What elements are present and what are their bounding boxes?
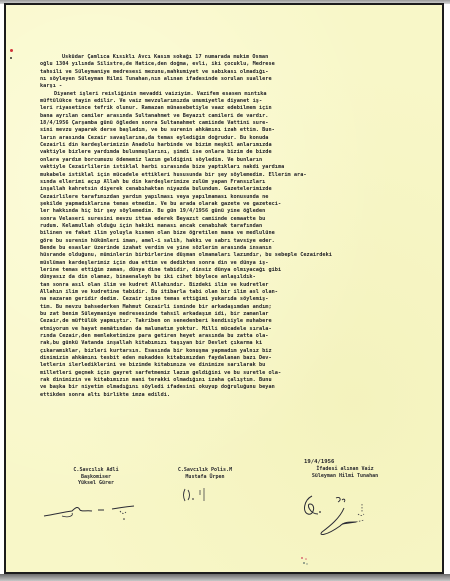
signatory-block-right: İfadesi alınan Vaiz Süleyman Hilmi Tunah… (290, 466, 400, 479)
text-line: Diyanet işleri reisliğinin mevaddi vaizi… (40, 91, 412, 98)
text-line: ların arasında Cezair savaşlarına,da tem… (40, 135, 412, 142)
signatory-name: Mustafa Ürpen (160, 474, 250, 481)
text-line: leri riyasetince tefrik olunur. Ramazan … (40, 105, 412, 112)
signatory-title: C.Savcılık Polis.M (160, 467, 250, 474)
text-line: vaktiyle bizlere yardımda bulunmuşlarını… (40, 149, 412, 156)
text-line: dünyasız da din olamaz, binaenaleyh bu i… (40, 274, 412, 281)
text-line: na nazaran geridir dedim. Cezair işine t… (40, 296, 412, 303)
text-line: milletleri geçmek için gayret sarfetmemi… (40, 370, 412, 377)
text-line: tan sonra asıl olan ilim ve kudret Allah… (40, 282, 412, 289)
text-line: Allahın ilim ve kudretine tabidir. Bu it… (40, 289, 412, 296)
text-line: Cezairli din kardeşlerimizin Anadolu har… (40, 142, 412, 149)
text-line: müslüman kardeşlerimiz için dua ettim ve… (40, 260, 412, 267)
handwritten-signature-right (300, 492, 380, 542)
text-line: rak,bu günkü Vatanda inşallah kitabımızı… (40, 340, 412, 347)
signatory-name: Yüksel Gürer (56, 480, 136, 487)
text-line: müftülükce tayin edilir. Ve vaiz mevzula… (40, 98, 412, 105)
text-line: etmiyorum ve hayat memâtından da malumat… (40, 326, 412, 333)
ink-stamp-mark (300, 556, 310, 566)
text-line: karşı - (40, 83, 412, 90)
text-line: Üsküdar Çamlıca Kısıklı Avcı Kasım sokağ… (40, 54, 412, 61)
text-line: 18/4/1956 Çarşamba günü öğleden sonra Su… (40, 120, 412, 127)
margin-red-mark (10, 49, 13, 52)
scan-bottom-edge (0, 574, 450, 581)
text-line: bu zat benim Süleymaniye medresesinde ta… (40, 311, 412, 318)
text-line: ettikden sonra altı birlikte imza edildi… (40, 392, 412, 399)
signatory-title: C.Savcılık Adli (56, 467, 136, 474)
text-line: onlara yardım borcumuzu ödememiz lazım g… (40, 157, 412, 164)
text-line: bana ayrılan camiler arasında Sultanahme… (40, 113, 412, 120)
signatory-block-left: C.Savcılık Adli Başkomiser Yüksel Gürer (56, 467, 136, 487)
text-line: bilinen ve fakat ilim yoluyla kısmen ola… (40, 230, 412, 237)
text-line: sında ellerimi açıp Allah bu din kardeşl… (40, 179, 412, 186)
margin-dark-mark (10, 57, 12, 59)
text-line: çıkaramıklar, bizleri kurtarsın. Esasınd… (40, 348, 412, 355)
text-line: şekilde yapmadıklarına temas etmedim. Ve… (40, 201, 412, 208)
text-line: vaktiyle Cezairlilerin istiklal harbi sı… (40, 164, 412, 171)
text-line: Bende bu esaslar üzerinde izahat verdim … (40, 245, 412, 252)
text-line: inşallah kahretsin diyerek cenabıhaktan … (40, 186, 412, 193)
text-line: hüsrande olduğunu, müminlerin birbirleri… (40, 252, 412, 259)
statement-date: 19/4/1956 (304, 459, 334, 465)
text-line: lerine temas ettiğim zaman, dünya dine t… (40, 267, 412, 274)
text-line: Cezairlilere tarafımızdan yardım yapılma… (40, 194, 412, 201)
paragraph-intro: Üsküdar Çamlıca Kısıklı Avcı Kasım sokağ… (40, 54, 412, 91)
text-line: rında Cezair,den memleketimize para geti… (40, 333, 412, 340)
text-line: letlerin ilerlediklerini ve bizimde kita… (40, 362, 412, 369)
paragraph-statement: Diyanet işleri reisliğinin mevaddi vaizi… (40, 91, 412, 399)
handwritten-signature-left (42, 500, 142, 524)
signatory-title: İfadesi alınan Vaiz (290, 466, 400, 473)
text-line: sini mevzu yaparak derse başladım, ve bu… (40, 127, 412, 134)
text-line: nı söyleyen Süleyman Hilmi Tunahan,nın a… (40, 76, 412, 83)
statement-body: Üsküdar Çamlıca Kısıklı Avcı Kasım sokağ… (40, 54, 412, 399)
text-line: göre bu surenin hükümleri iman, amel-i s… (40, 238, 412, 245)
text-line: tim. Bu mevzu bahsederken Mahmut Cezairl… (40, 304, 412, 311)
text-line: rudum. Kelamullah olduğu için hakiki man… (40, 223, 412, 230)
signatory-name: Süleyman Hilmi Tunahan (290, 473, 400, 480)
text-line: oğlu 1304 yılında Silistre,de Hatice,den… (40, 61, 412, 68)
signatory-title: Başkomiser (56, 474, 136, 481)
text-line: Cezair,de müftülük yapmıştır. Takriben o… (40, 318, 412, 325)
text-line: mukabele istiklal için mücadele ettikler… (40, 172, 412, 179)
text-line: tahsili ve Süleymaniye medresesi mezunu,… (40, 69, 412, 76)
text-line: ler hakkında hiç bir şey söylemedim. Bu … (40, 208, 412, 215)
text-line: dinimizin ahkâmını tesbit eden mukaddes … (40, 355, 412, 362)
text-line: rak dinimizin ve kitabımızın mani terakk… (40, 377, 412, 384)
handwritten-signature-middle (182, 487, 212, 503)
text-line: ve başka bir niyetim olmadığını söyledi … (40, 384, 412, 391)
signatory-block-middle: C.Savcılık Polis.M Mustafa Ürpen (160, 467, 250, 480)
text-line: sonra Velaseri suresini mevzu ittaa eder… (40, 216, 412, 223)
